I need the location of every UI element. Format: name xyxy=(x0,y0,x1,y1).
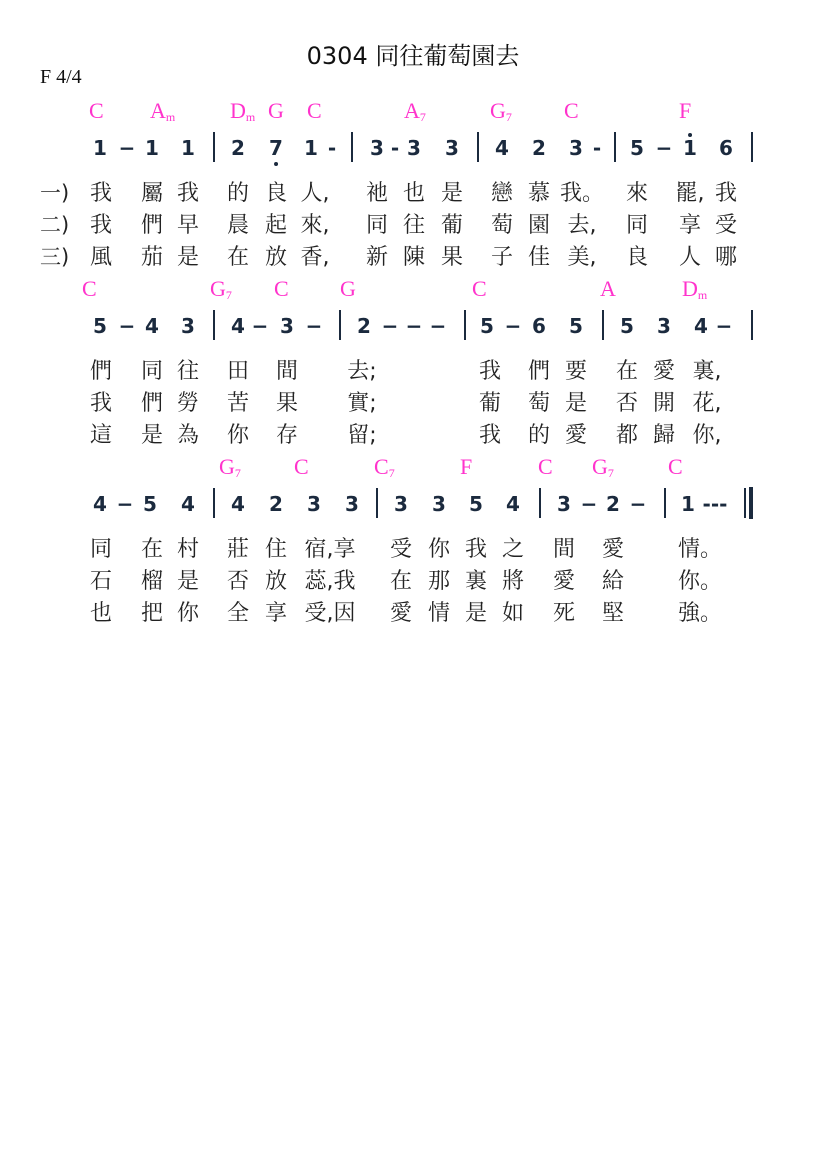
lyric-char: 裏 xyxy=(465,564,487,595)
note: 3 xyxy=(345,492,359,516)
duration-dash: - xyxy=(391,136,399,160)
lyric-char: 為 xyxy=(177,418,199,449)
duration-dash: − xyxy=(716,314,733,338)
lyric-char: 間 xyxy=(276,354,298,385)
lyric-char: 萄 xyxy=(491,208,513,239)
lyric-char: 是 xyxy=(141,418,163,449)
lyric-char: 良 xyxy=(265,176,287,207)
octave-down-dot xyxy=(274,162,278,166)
lyric-char: 留; xyxy=(347,418,376,449)
chord-symbol: G xyxy=(340,276,356,302)
duration-dash: − xyxy=(430,314,447,338)
chord-symbol: G7 xyxy=(210,276,232,303)
bar-line xyxy=(351,132,353,162)
lyric-char: 是 xyxy=(465,596,487,627)
note: 1 xyxy=(145,136,159,160)
duration-dash: − xyxy=(119,314,136,338)
lyric-char: 全 xyxy=(227,596,249,627)
note: 3 xyxy=(181,314,195,338)
lyric-char: 我 xyxy=(90,176,112,207)
note: 1 xyxy=(683,136,697,160)
note: 3 xyxy=(432,492,446,516)
lyric-char: 放 xyxy=(265,564,287,595)
lyric-char: 們 xyxy=(141,386,163,417)
lyric-char: 人, xyxy=(301,176,330,207)
lyric-char: 勞 xyxy=(177,386,199,417)
note: 5 xyxy=(620,314,634,338)
lyric-char: 陳 xyxy=(403,240,425,271)
lyric-char: 也 xyxy=(90,596,112,627)
bar-line xyxy=(339,310,341,340)
lyric-char: 早 xyxy=(177,208,199,239)
note: 5 xyxy=(469,492,483,516)
note: 6 xyxy=(532,314,546,338)
lyric-char: 茄 xyxy=(141,240,163,271)
lyric-char: 美, xyxy=(568,240,597,271)
bar-line xyxy=(751,132,753,162)
lyric-char: 否 xyxy=(616,386,638,417)
note: 2 xyxy=(269,492,283,516)
duration-dash: − xyxy=(252,314,269,338)
bar-line xyxy=(614,132,616,162)
chord-symbol: F xyxy=(679,98,691,124)
duration-dash: − xyxy=(581,492,598,516)
lyric-char: 宿,享 xyxy=(305,532,356,563)
chord-symbol: A7 xyxy=(404,98,426,125)
duration-dash: − xyxy=(630,492,647,516)
lyric-char: 佳 xyxy=(528,240,550,271)
lyric-char: 罷, xyxy=(676,176,705,207)
lyric-char: 在 xyxy=(616,354,638,385)
chord-symbol: C xyxy=(564,98,579,124)
lyric-char: 之 xyxy=(502,532,524,563)
note: 3 xyxy=(394,492,408,516)
chord-symbol: A xyxy=(600,276,616,302)
lyric-char: 們 xyxy=(90,354,112,385)
note: 4 xyxy=(145,314,159,338)
lyric-char: 葡 xyxy=(479,386,501,417)
duration-dash: - xyxy=(593,136,601,160)
chord-symbol: G7 xyxy=(592,454,614,481)
lyric-char: 葡 xyxy=(441,208,463,239)
bar-line xyxy=(539,488,541,518)
lyric-char: 也 xyxy=(403,176,425,207)
lyric-char: 蕊,我 xyxy=(305,564,356,595)
note: 1 xyxy=(181,136,195,160)
note: 3 xyxy=(569,136,583,160)
note: 2 xyxy=(231,136,245,160)
lyric-char: 存 xyxy=(276,418,298,449)
bar-line xyxy=(213,132,215,162)
lyric-char: 間 xyxy=(553,532,575,563)
lyric-char: 裏, xyxy=(693,354,722,385)
lyric-char: 要 xyxy=(565,354,587,385)
note: 5 xyxy=(569,314,583,338)
lyric-char: 情 xyxy=(428,596,450,627)
chord-symbol: C xyxy=(294,454,309,480)
lyric-char: 愛 xyxy=(565,418,587,449)
lyric-char: 去; xyxy=(347,354,376,385)
octave-up-dot xyxy=(688,133,692,137)
lyric-char: 是 xyxy=(177,240,199,271)
note: 7 xyxy=(269,136,283,160)
chord-symbol: G xyxy=(268,98,284,124)
lyric-char: 情。 xyxy=(678,532,722,563)
lyric-char: 同 xyxy=(366,208,388,239)
bar-line xyxy=(602,310,604,340)
song-title: 0304 同往葡萄園去 xyxy=(0,36,826,71)
chord-symbol: Dm xyxy=(230,98,255,125)
bar-line xyxy=(464,310,466,340)
lyric-char: 你。 xyxy=(678,564,722,595)
chord-symbol: C xyxy=(82,276,97,302)
lyric-char: 花, xyxy=(693,386,722,417)
lyric-char: 死 xyxy=(553,596,575,627)
duration-dash: − xyxy=(306,314,323,338)
bar-line xyxy=(376,488,378,518)
lyric-char: 我 xyxy=(479,418,501,449)
lyric-char: 我 xyxy=(465,532,487,563)
lyric-char: 受 xyxy=(715,208,737,239)
lyric-char: 受,因 xyxy=(305,596,356,627)
lyric-char: 在 xyxy=(141,532,163,563)
note: 3 xyxy=(407,136,421,160)
lyric-char: 戀 xyxy=(491,176,513,207)
lyric-char: 你, xyxy=(693,418,722,449)
note: 3 xyxy=(657,314,671,338)
lyric-char: 你 xyxy=(428,532,450,563)
duration-dash: - xyxy=(328,136,336,160)
lyric-char: 起 xyxy=(265,208,287,239)
lyric-char: 那 xyxy=(428,564,450,595)
chord-symbol: C xyxy=(538,454,553,480)
duration-dash: --- xyxy=(703,492,728,516)
lyric-char: 風 xyxy=(90,240,112,271)
note: 1 xyxy=(93,136,107,160)
lyric-char: 住 xyxy=(265,532,287,563)
lyric-char: 的 xyxy=(528,418,550,449)
note: 3 xyxy=(370,136,384,160)
note: 4 xyxy=(93,492,107,516)
lyric-char: 歸 xyxy=(653,418,675,449)
lyric-char: 我 xyxy=(715,176,737,207)
note: 3 xyxy=(557,492,571,516)
lyric-char: 子 xyxy=(491,240,513,271)
note: 2 xyxy=(532,136,546,160)
note: 4 xyxy=(495,136,509,160)
note: 4 xyxy=(231,314,245,338)
bar-line xyxy=(664,488,666,518)
lyric-char: 榴 xyxy=(141,564,163,595)
note: 3 xyxy=(445,136,459,160)
lyric-char: 往 xyxy=(177,354,199,385)
lyric-char: 苦 xyxy=(227,386,249,417)
note: 4 xyxy=(506,492,520,516)
lyric-char: 我 xyxy=(90,386,112,417)
chord-symbol: C xyxy=(668,454,683,480)
lyric-char: 否 xyxy=(227,564,249,595)
final-bar-thick xyxy=(749,487,753,519)
lyric-char: 實; xyxy=(347,386,376,417)
chord-symbol: C xyxy=(274,276,289,302)
lyric-char: 我 xyxy=(90,208,112,239)
verse-label: 三) xyxy=(40,241,69,271)
note: 5 xyxy=(143,492,157,516)
note: 1 xyxy=(304,136,318,160)
lyric-char: 來, xyxy=(301,208,330,239)
lyric-char: 享 xyxy=(265,596,287,627)
lyric-char: 享 xyxy=(679,208,701,239)
lyric-char: 哪 xyxy=(715,240,737,271)
lyric-char: 都 xyxy=(616,418,638,449)
verse-label: 二) xyxy=(40,209,69,239)
note: 6 xyxy=(719,136,733,160)
lyric-char: 愛 xyxy=(602,532,624,563)
lyric-char: 們 xyxy=(528,354,550,385)
note: 5 xyxy=(93,314,107,338)
lyric-char: 們 xyxy=(141,208,163,239)
bar-line xyxy=(751,310,753,340)
lyric-char: 石 xyxy=(90,564,112,595)
lyric-char: 同 xyxy=(90,532,112,563)
lyric-char: 愛 xyxy=(653,354,675,385)
lyric-char: 我 xyxy=(177,176,199,207)
lyric-char: 新 xyxy=(366,240,388,271)
note: 4 xyxy=(694,314,708,338)
lyric-char: 堅 xyxy=(602,596,624,627)
note: 1 xyxy=(681,492,695,516)
lyric-char: 是 xyxy=(565,386,587,417)
chord-symbol: G7 xyxy=(490,98,512,125)
lyric-char: 在 xyxy=(390,564,412,595)
duration-dash: − xyxy=(382,314,399,338)
lyric-char: 果 xyxy=(276,386,298,417)
lyric-char: 給 xyxy=(602,564,624,595)
lyric-char: 慕 xyxy=(528,176,550,207)
lyric-char: 同 xyxy=(141,354,163,385)
lyric-char: 我 xyxy=(479,354,501,385)
lyric-char: 是 xyxy=(177,564,199,595)
chord-symbol: C xyxy=(472,276,487,302)
note: 2 xyxy=(357,314,371,338)
lyric-char: 是 xyxy=(441,176,463,207)
lyric-char: 去, xyxy=(568,208,597,239)
bar-line xyxy=(477,132,479,162)
lyric-char: 愛 xyxy=(390,596,412,627)
lyric-char: 良 xyxy=(626,240,648,271)
chord-symbol: C7 xyxy=(374,454,395,481)
chord-symbol: Dm xyxy=(682,276,707,303)
lyric-char: 人 xyxy=(679,240,701,271)
lyric-char: 往 xyxy=(403,208,425,239)
note: 5 xyxy=(480,314,494,338)
lyric-char: 開 xyxy=(653,386,675,417)
duration-dash: − xyxy=(119,136,136,160)
duration-dash: − xyxy=(406,314,423,338)
verse-label: 一) xyxy=(40,177,69,207)
lyric-char: 果 xyxy=(441,240,463,271)
note: 3 xyxy=(280,314,294,338)
duration-dash: − xyxy=(656,136,673,160)
chord-symbol: Am xyxy=(150,98,175,125)
duration-dash: − xyxy=(505,314,522,338)
lyric-char: 愛 xyxy=(553,564,575,595)
lyric-char: 我。 xyxy=(560,176,604,207)
lyric-char: 你 xyxy=(227,418,249,449)
lyric-char: 強。 xyxy=(678,596,722,627)
lyric-char: 放 xyxy=(265,240,287,271)
note: 2 xyxy=(606,492,620,516)
lyric-char: 將 xyxy=(502,564,524,595)
lyric-char: 來 xyxy=(626,176,648,207)
lyric-char: 萄 xyxy=(528,386,550,417)
lyric-char: 你 xyxy=(177,596,199,627)
lyric-char: 晨 xyxy=(227,208,249,239)
duration-dash: − xyxy=(117,492,134,516)
lyric-char: 屬 xyxy=(141,176,163,207)
lyric-char: 祂 xyxy=(366,176,388,207)
chord-symbol: C xyxy=(307,98,322,124)
chord-symbol: C xyxy=(89,98,104,124)
lyric-char: 的 xyxy=(227,176,249,207)
lyric-char: 這 xyxy=(90,418,112,449)
chord-symbol: G7 xyxy=(219,454,241,481)
note: 5 xyxy=(630,136,644,160)
chord-symbol: F xyxy=(460,454,472,480)
lyric-char: 受 xyxy=(390,532,412,563)
lyric-char: 香, xyxy=(301,240,330,271)
lyric-char: 在 xyxy=(227,240,249,271)
bar-line xyxy=(213,310,215,340)
lyric-char: 園 xyxy=(528,208,550,239)
lyric-char: 田 xyxy=(227,354,249,385)
note: 4 xyxy=(181,492,195,516)
final-bar-thin xyxy=(744,488,746,518)
lyric-char: 同 xyxy=(626,208,648,239)
note: 3 xyxy=(307,492,321,516)
note: 4 xyxy=(231,492,245,516)
lyric-char: 村 xyxy=(177,532,199,563)
lyric-char: 如 xyxy=(502,596,524,627)
bar-line xyxy=(213,488,215,518)
lyric-char: 莊 xyxy=(227,532,249,563)
lyric-char: 把 xyxy=(141,596,163,627)
key-signature: F 4/4 xyxy=(40,66,82,89)
